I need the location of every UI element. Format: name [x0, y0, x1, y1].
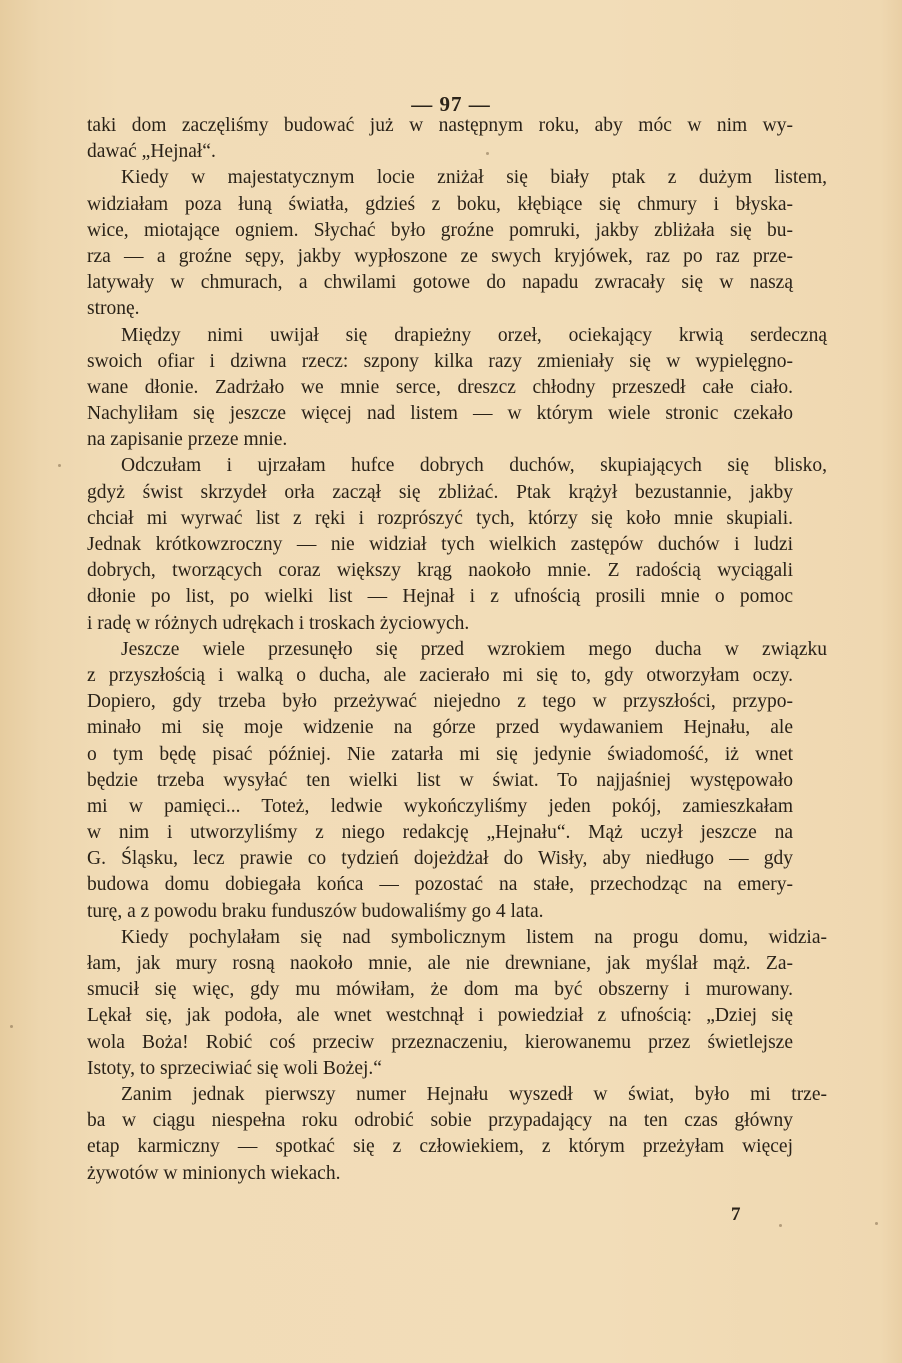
text-line: G. Śląsku, lecz prawie co tydzień dojeżd…: [87, 846, 793, 872]
text-line: o tym będę pisać później. Nie zatarła mi…: [87, 742, 793, 768]
paper-speck: [779, 1224, 782, 1227]
text-line: Jednak krótkowzroczny — nie widział tych…: [87, 532, 793, 558]
paper-speck: [58, 464, 61, 467]
text-line: latywały w chmurach, a chwilami gotowe d…: [87, 270, 793, 296]
book-page: — 97 — taki dom zaczęliśmy budować już w…: [0, 0, 902, 1363]
text-line: minało mi się moje widzenie na górze prz…: [87, 715, 793, 741]
text-line: w nim i utworzyliśmy z niego redakcję „H…: [87, 820, 793, 846]
paragraph-first-line: Między nimi uwijał się drapieżny orzeł, …: [87, 323, 827, 349]
text-line: łam, jak mury rosną naokoło mnie, ale ni…: [87, 951, 793, 977]
text-line: wola Boża! Robić coś przeciw przeznaczen…: [87, 1030, 793, 1056]
text-line: Nachyliłam się jeszcze więcej nad listem…: [87, 401, 793, 427]
text-line: rza — a groźne sępy, jakby wypłoszone ze…: [87, 244, 793, 270]
paper-speck: [875, 1222, 878, 1225]
text-line: Istoty, to sprzeciwiać się woli Bożej.“: [87, 1056, 793, 1082]
text-line: turę, a z powodu braku funduszów budowal…: [87, 899, 793, 925]
text-line: taki dom zaczęliśmy budować już w następ…: [87, 113, 793, 139]
text-line: chciał mi wyrwać list z ręki i rozprószy…: [87, 506, 793, 532]
text-line: Lękał się, jak podoła, ale wnet westchną…: [87, 1003, 793, 1029]
paper-speck: [10, 1025, 13, 1028]
text-line: smucił się więc, gdy mu mówiłam, że dom …: [87, 977, 793, 1003]
text-line: widziałam poza łuną światła, gdzieś z bo…: [87, 192, 793, 218]
text-line: wane dłonie. Zadrżało we mnie serce, dre…: [87, 375, 793, 401]
text-line: będzie trzeba wysyłać ten wielki list w …: [87, 768, 793, 794]
paragraph-first-line: Odczułam i ujrzałam hufce dobrych duchów…: [87, 453, 827, 479]
text-line: gdyż świst skrzydeł orła zaczął się zbli…: [87, 480, 793, 506]
paragraph-first-line: Kiedy w majestatycznym locie zniżał się …: [87, 165, 827, 191]
text-line: ba w ciągu niespełna roku odrobić sobie …: [87, 1108, 793, 1134]
body-text: taki dom zaczęliśmy budować już w następ…: [87, 113, 793, 1187]
paragraph-first-line: Kiedy pochylałam się nad symbolicznym li…: [87, 925, 827, 951]
text-line: na zapisanie przeze mnie.: [87, 427, 793, 453]
text-line: budowa domu dobiegała końca — pozostać n…: [87, 872, 793, 898]
text-line: wice, miotające ogniem. Słychać było gro…: [87, 218, 793, 244]
text-line: Dopiero, gdy trzeba było przeżywać nieje…: [87, 689, 793, 715]
text-line: z przyszłością i walką o ducha, ale zaci…: [87, 663, 793, 689]
text-line: etap karmiczny — spotkać się z człowieki…: [87, 1134, 793, 1160]
text-line: dłonie po list, po wielki list — Hejnał …: [87, 584, 793, 610]
text-line: stronę.: [87, 296, 793, 322]
text-line: mi w pamięci... Toteż, ledwie wykończyli…: [87, 794, 793, 820]
paragraph-first-line: Jeszcze wiele przesunęło się przed wzrok…: [87, 637, 827, 663]
paper-speck: [486, 152, 489, 155]
text-line: dobrych, tworzących coraz większy krąg n…: [87, 558, 793, 584]
text-line: swoich ofiar i dziwna rzecz: szpony kilk…: [87, 349, 793, 375]
signature-mark: 7: [731, 1204, 741, 1226]
paragraph-first-line: Zanim jednak pierwszy numer Hejnału wysz…: [87, 1082, 827, 1108]
text-line: dawać „Hejnał“.: [87, 139, 793, 165]
text-line: żywotów w minionych wiekach.: [87, 1161, 793, 1187]
text-line: i radę w różnych udrękach i troskach życ…: [87, 611, 793, 637]
